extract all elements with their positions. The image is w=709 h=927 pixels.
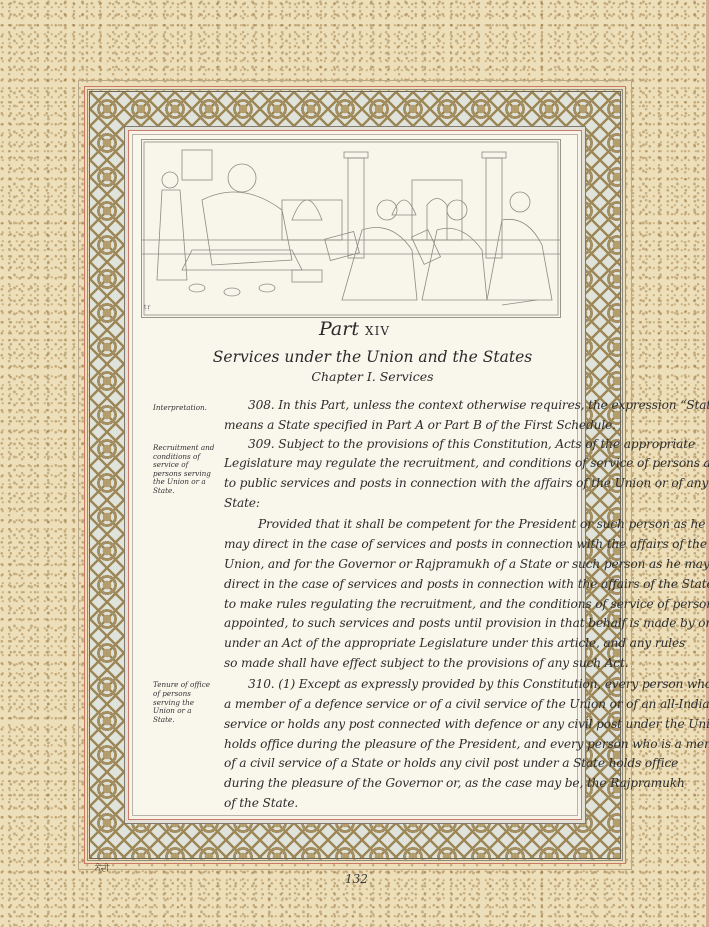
illustration-court-scene — [141, 139, 561, 318]
proviso-line: direct in the case of services and posts… — [224, 577, 568, 591]
artist-signature: ਨੰਦੀ — [95, 864, 109, 874]
article-310-line: of the State. — [224, 796, 568, 810]
article-309-line: to public services and posts in connecti… — [224, 476, 568, 490]
side-note-tenure: Tenure of office of persons serving the … — [153, 681, 215, 724]
page-number: 132 — [345, 872, 368, 886]
chapter-heading: Chapter I. Services — [0, 369, 709, 384]
part-title: Part XIV — [0, 318, 709, 340]
artist-mark: ṭṛ — [144, 304, 151, 311]
article-308-line: 308. In this Part, unless the context ot… — [248, 398, 592, 412]
article-310-line: service or holds any post connected with… — [224, 717, 568, 731]
proviso-line: under an Act of the appropriate Legislat… — [224, 636, 568, 650]
part-number: XIV — [365, 324, 390, 338]
article-308-line: means a State specified in Part A or Par… — [224, 418, 568, 432]
part-label: Part — [319, 318, 359, 340]
article-309-line: State: — [224, 496, 568, 510]
side-note-recruitment: Recruitment and conditions of service of… — [153, 444, 215, 496]
article-310-line: of a civil service of a State or holds a… — [224, 756, 568, 770]
part-heading: Services under the Union and the States — [0, 348, 709, 366]
proviso-line: to make rules regulating the recruitment… — [224, 597, 568, 611]
article-309-line: Legislature may regulate the recruitment… — [224, 456, 568, 470]
article-309-line: 309. Subject to the provisions of this C… — [248, 437, 592, 451]
proviso-line: Provided that it shall be competent for … — [258, 517, 602, 531]
proviso-line: may direct in the case of services and p… — [224, 537, 568, 551]
side-note-interpretation: Interpretation. — [153, 404, 215, 413]
court-scene-drawing — [142, 140, 560, 317]
proviso-line: Union, and for the Governor or Rajpramuk… — [224, 557, 568, 571]
article-310-line: holds office during the pleasure of the … — [224, 737, 568, 751]
article-310-line: 310. (1) Except as expressly provided by… — [248, 677, 592, 691]
proviso-line: so made shall have effect subject to the… — [224, 656, 568, 670]
proviso-line: appointed, to such services and posts un… — [224, 616, 568, 630]
article-310-line: a member of a defence service or of a ci… — [224, 697, 568, 711]
article-310-line: during the pleasure of the Governor or, … — [224, 776, 568, 790]
